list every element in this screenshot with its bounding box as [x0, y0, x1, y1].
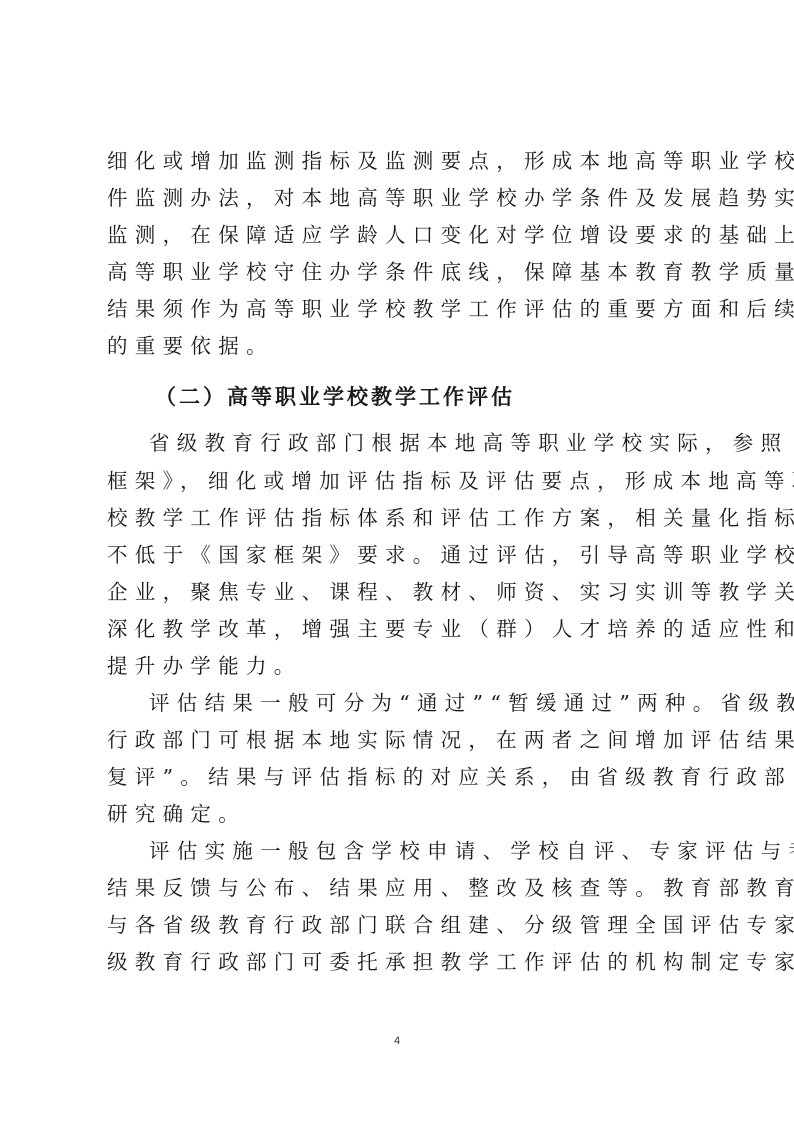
- text-line: 深化教学改革，增强主要专业（群）人才培养的适应性和适配性，: [107, 611, 707, 648]
- text-line: 提升办学能力。: [107, 648, 707, 685]
- text-line: 不低于《国家框架》要求。通过评估，引导高等职业学校与合作: [107, 537, 707, 574]
- text-line: 校教学工作评估指标体系和评估工作方案，相关量化指标原则上: [107, 500, 707, 537]
- text-line: 企业，聚焦专业、课程、教材、师资、实习实训等教学关键要素，: [107, 574, 707, 611]
- text-line: 省级教育行政部门根据本地高等职业学校实际，参照《国家: [149, 425, 749, 462]
- text-line: 结果反馈与公布、结果应用、整改及核查等。教育部教育督导局: [107, 870, 707, 907]
- document-page: 细化或增加监测指标及监测要点，形成本地高等职业学校办学条 件监测办法，对本地高等…: [0, 0, 794, 1123]
- section-heading: （二）高等职业学校教学工作评估: [155, 378, 755, 415]
- text-line: 行政部门可根据本地实际情况，在两者之间增加评估结果为“待: [107, 722, 707, 759]
- text-line: 的重要依据。: [107, 328, 707, 365]
- text-line: 件监测办法，对本地高等职业学校办学条件及发展趋势实施常态: [107, 180, 707, 217]
- text-line: 细化或增加监测指标及监测要点，形成本地高等职业学校办学条: [107, 143, 707, 180]
- text-line: 监测，在保障适应学龄人口变化对学位增设要求的基础上，确保: [107, 217, 707, 254]
- page-number: 4: [0, 1035, 794, 1047]
- text-line: 评估实施一般包含学校申请、学校自评、专家评估与考察、: [149, 833, 749, 870]
- text-line: 与各省级教育行政部门联合组建、分级管理全国评估专家库。省: [107, 907, 707, 944]
- text-line: 级教育行政部门可委托承担教学工作评估的机构制定专家抽取、: [107, 944, 707, 981]
- text-line: 评估结果一般可分为“通过”“暂缓通过”两种。省级教育: [149, 685, 749, 722]
- text-line: 复评”。结果与评估指标的对应关系，由省级教育行政部门自行: [107, 759, 707, 796]
- text-line: 框架》，细化或增加评估指标及评估要点，形成本地高等职业学: [107, 463, 707, 500]
- text-line: 结果须作为高等职业学校教学工作评估的重要方面和后续整改: [107, 291, 707, 328]
- text-line: 高等职业学校守住办学条件底线，保障基本教育教学质量。监测: [107, 254, 707, 291]
- text-line: 研究确定。: [107, 796, 707, 833]
